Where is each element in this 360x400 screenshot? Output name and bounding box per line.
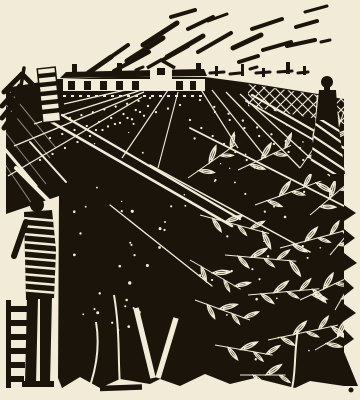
chimney xyxy=(72,64,77,72)
chimney xyxy=(196,63,201,71)
gate-post xyxy=(6,300,11,388)
gable-window xyxy=(157,68,165,75)
woman-foot xyxy=(330,174,336,181)
man-torso xyxy=(24,210,56,300)
woman-foot xyxy=(318,174,324,181)
woman-torso xyxy=(316,90,338,120)
man-head xyxy=(30,198,44,212)
chimney xyxy=(117,63,122,72)
man-leg xyxy=(40,296,52,384)
woodcut-print xyxy=(0,0,360,400)
man-shoe xyxy=(38,381,54,387)
print-canvas xyxy=(0,0,360,400)
man-shoe xyxy=(22,381,38,387)
cottage-windows xyxy=(68,81,196,90)
